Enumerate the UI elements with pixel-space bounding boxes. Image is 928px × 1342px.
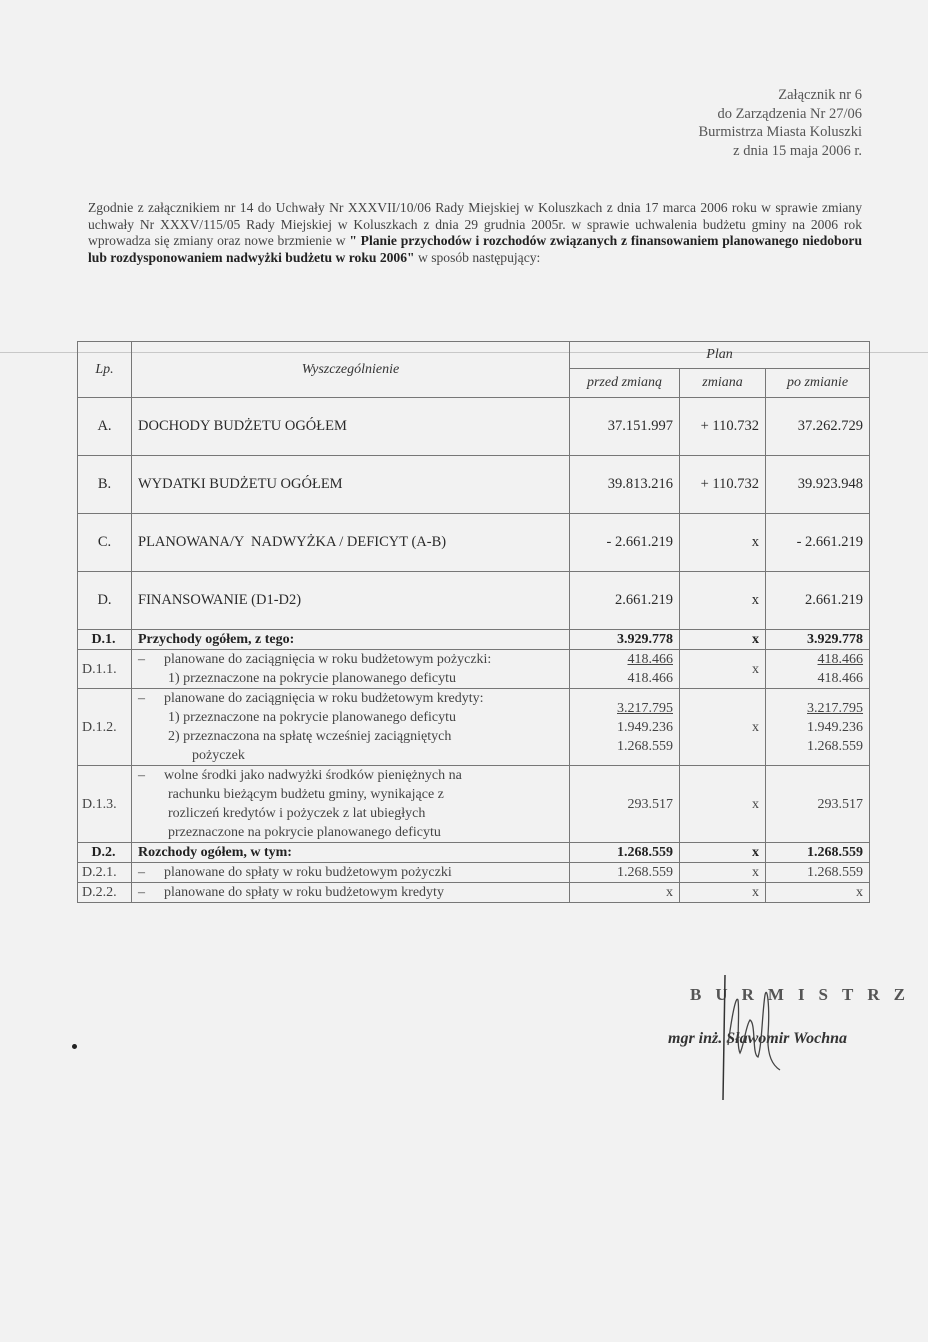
value: 418.466: [772, 650, 863, 669]
row-before: 1.268.559: [570, 843, 680, 863]
sub-item: 1) przeznaczone na pokrycie planowanego …: [138, 708, 563, 727]
row-description: –wolne środki jako nadwyżki środków pien…: [132, 766, 570, 843]
row-description-text: rozliczeń kredytów i pożyczek z lat ubie…: [138, 804, 563, 823]
row-description: FINANSOWANIE (D1-D2): [132, 572, 570, 630]
row-after: x: [766, 883, 870, 903]
row-after: - 2.661.219: [766, 514, 870, 572]
dash-marker: –: [138, 689, 164, 708]
sub-item: 2) przeznaczona na spłatę wcześniej zaci…: [138, 727, 563, 746]
row-change: x: [680, 630, 766, 650]
row-description: –planowane do spłaty w roku budżetowym p…: [132, 863, 570, 883]
dash-marker: –: [138, 766, 164, 785]
table-row-d2: D.2. Rozchody ogółem, w tym: 1.268.559 x…: [78, 843, 870, 863]
row-after: 2.661.219: [766, 572, 870, 630]
row-before: 293.517: [570, 766, 680, 843]
value: 418.466: [576, 650, 673, 669]
row-change: x: [680, 863, 766, 883]
row-change: x: [680, 689, 766, 766]
value: 3.217.795: [772, 699, 863, 718]
header-description: Wyszczególnienie: [132, 342, 570, 398]
row-before: 418.466 418.466: [570, 650, 680, 689]
row-description: –planowane do spłaty w roku budżetowym k…: [132, 883, 570, 903]
row-description: PLANOWANA/Y NADWYŻKA / DEFICYT (A-B): [132, 514, 570, 572]
row-description: –planowane do zaciągnięcia w roku budżet…: [132, 650, 570, 689]
header-change: zmiana: [680, 369, 766, 398]
table-row: D. FINANSOWANIE (D1-D2) 2.661.219 x 2.66…: [78, 572, 870, 630]
scan-speck: [72, 1044, 77, 1049]
row-lp: D.1.3.: [78, 766, 132, 843]
value: 418.466: [576, 669, 673, 688]
row-description: Rozchody ogółem, w tym:: [132, 843, 570, 863]
row-lp: B.: [78, 456, 132, 514]
row-change: + 110.732: [680, 398, 766, 456]
row-lp: D.: [78, 572, 132, 630]
value: x: [686, 660, 759, 679]
header-lp: Lp.: [78, 342, 132, 398]
row-before: - 2.661.219: [570, 514, 680, 572]
row-after: 37.262.729: [766, 398, 870, 456]
row-before: x: [570, 883, 680, 903]
row-lp: D.2.2.: [78, 883, 132, 903]
row-after: 3.929.778: [766, 630, 870, 650]
row-change: x: [680, 514, 766, 572]
attachment-line: z dnia 15 maja 2006 r.: [698, 142, 862, 161]
value: 1.949.236: [772, 718, 863, 737]
row-before: 2.661.219: [570, 572, 680, 630]
handwritten-signature-icon: [670, 975, 830, 1105]
row-lp: D.1.1.: [78, 650, 132, 689]
dash-marker: –: [138, 883, 164, 902]
row-before: 3.929.778: [570, 630, 680, 650]
sub-item: 1) przeznaczone na pokrycie planowanego …: [138, 669, 563, 688]
table-row: A. DOCHODY BUDŻETU OGÓŁEM 37.151.997 + 1…: [78, 398, 870, 456]
row-description-text: planowane do zaciągnięcia w roku budżeto…: [164, 691, 484, 706]
row-description-text: planowane do zaciągnięcia w roku budżeto…: [164, 652, 491, 667]
table-header-row: Lp. Wyszczególnienie Plan: [78, 342, 870, 369]
row-after: 1.268.559: [766, 843, 870, 863]
row-lp: D.2.1.: [78, 863, 132, 883]
row-change: + 110.732: [680, 456, 766, 514]
value: 1.268.559: [772, 737, 863, 756]
row-after: 1.268.559: [766, 863, 870, 883]
header-before-change: przed zmianą: [570, 369, 680, 398]
row-description-text: wolne środki jako nadwyżki środków pieni…: [164, 768, 462, 783]
row-after: 3.217.795 1.949.236 1.268.559: [766, 689, 870, 766]
row-description: –planowane do zaciągnięcia w roku budżet…: [132, 689, 570, 766]
value: 3.217.795: [576, 699, 673, 718]
sub-item-continued: pożyczek: [138, 746, 563, 765]
row-before: 37.151.997: [570, 398, 680, 456]
row-change: x: [680, 883, 766, 903]
dash-marker: –: [138, 863, 164, 882]
row-after: 418.466 418.466: [766, 650, 870, 689]
row-description: Przychody ogółem, z tego:: [132, 630, 570, 650]
budget-plan-table: Lp. Wyszczególnienie Plan przed zmianą z…: [77, 341, 870, 903]
row-lp: D.1.: [78, 630, 132, 650]
value: 418.466: [772, 669, 863, 688]
row-before: 1.268.559: [570, 863, 680, 883]
attachment-line: do Zarządzenia Nr 27/06: [698, 105, 862, 124]
header-plan: Plan: [570, 342, 870, 369]
row-change: x: [680, 650, 766, 689]
row-description-text: przeznaczone na pokrycie planowanego def…: [138, 823, 563, 842]
row-before: 39.813.216: [570, 456, 680, 514]
table-row-d21: D.2.1. –planowane do spłaty w roku budże…: [78, 863, 870, 883]
row-description: WYDATKI BUDŻETU OGÓŁEM: [132, 456, 570, 514]
row-after: 39.923.948: [766, 456, 870, 514]
row-description-text: rachunku bieżącym budżetu gminy, wynikaj…: [138, 785, 563, 804]
value: x: [686, 718, 759, 737]
table-row: B. WYDATKI BUDŻETU OGÓŁEM 39.813.216 + 1…: [78, 456, 870, 514]
row-description-text: planowane do spłaty w roku budżetowym kr…: [164, 885, 444, 900]
table-row-d22: D.2.2. –planowane do spłaty w roku budże…: [78, 883, 870, 903]
row-lp: A.: [78, 398, 132, 456]
dash-marker: –: [138, 650, 164, 669]
value: 1.949.236: [576, 718, 673, 737]
table-row-d1: D.1. Przychody ogółem, z tego: 3.929.778…: [78, 630, 870, 650]
row-change: x: [680, 766, 766, 843]
attachment-line: Załącznik nr 6: [698, 86, 862, 105]
row-after: 293.517: [766, 766, 870, 843]
row-change: x: [680, 843, 766, 863]
attachment-header: Załącznik nr 6 do Zarządzenia Nr 27/06 B…: [698, 86, 862, 160]
table-row: C. PLANOWANA/Y NADWYŻKA / DEFICYT (A-B) …: [78, 514, 870, 572]
row-change: x: [680, 572, 766, 630]
table-row-d13: D.1.3. –wolne środki jako nadwyżki środk…: [78, 766, 870, 843]
value: 1.268.559: [576, 737, 673, 756]
row-lp: C.: [78, 514, 132, 572]
intro-text-end: w sposób następujący:: [415, 250, 541, 265]
row-lp: D.1.2.: [78, 689, 132, 766]
intro-paragraph: Zgodnie z załącznikiem nr 14 do Uchwały …: [88, 200, 862, 266]
row-description-text: planowane do spłaty w roku budżetowym po…: [164, 865, 452, 880]
attachment-line: Burmistrza Miasta Koluszki: [698, 123, 862, 142]
row-before: 3.217.795 1.949.236 1.268.559: [570, 689, 680, 766]
table-row-d12: D.1.2. –planowane do zaciągnięcia w roku…: [78, 689, 870, 766]
row-lp: D.2.: [78, 843, 132, 863]
table-row-d11: D.1.1. –planowane do zaciągnięcia w roku…: [78, 650, 870, 689]
row-description: DOCHODY BUDŻETU OGÓŁEM: [132, 398, 570, 456]
header-after-change: po zmianie: [766, 369, 870, 398]
